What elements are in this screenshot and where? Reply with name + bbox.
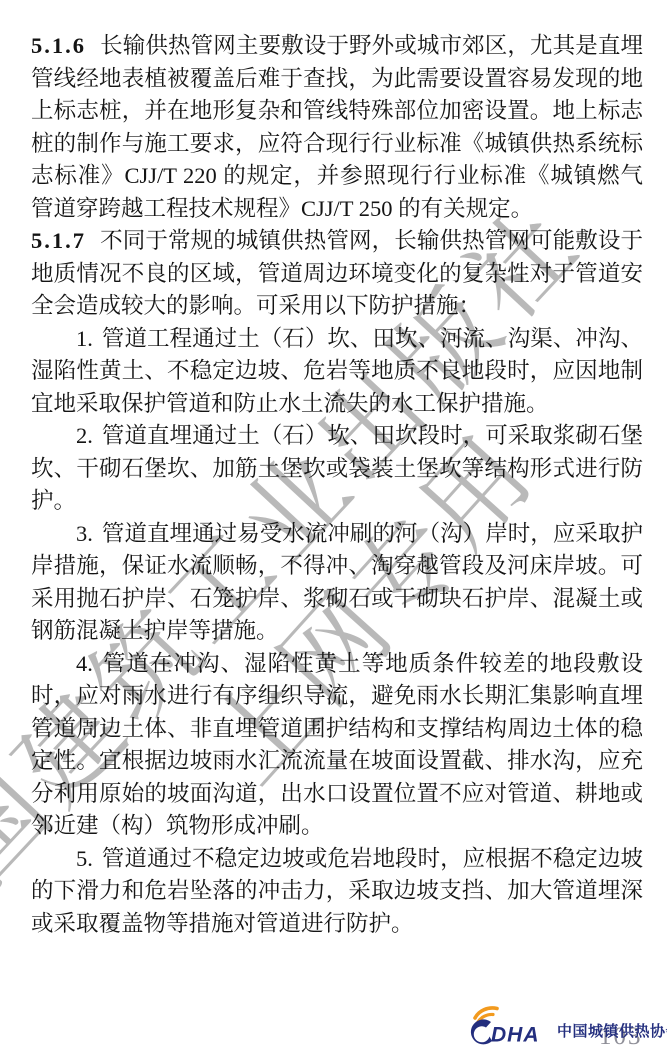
item-text: 管道在冲沟、湿陷性黄土等地质条件较差的地段敷设时，应对雨水进行有序组织导流，避免…: [31, 651, 643, 839]
clause-5-1-7-item-3: 3.管道直埋通过易受水流冲刷的河（沟）岸时，应采取护岸措施，保证水流顺畅，不得冲…: [31, 518, 643, 648]
item-number: 4.: [76, 651, 93, 676]
association-logo: DHA 中国城镇供热协会: [455, 1005, 667, 1051]
clause-5-1-7-item-1: 1.管道工程通过土（石）坎、田坎、河流、沟渠、冲沟、湿陷性黄土、不稳定边坡、危岩…: [31, 323, 643, 421]
association-name: 中国城镇供热协会: [557, 1024, 667, 1039]
clause-5-1-7-item-4: 4.管道在冲沟、湿陷性黄土等地质条件较差的地段敷设时，应对雨水进行有序组织导流，…: [31, 648, 643, 843]
clause-5-1-7-item-5: 5.管道通过不稳定边坡或危岩地段时，应根据不稳定边坡的下滑力和危岩坠落的冲击力，…: [31, 843, 643, 941]
item-text: 管道直埋通过土（石）坎、田坎段时，可采取浆砌石堡坎、干砌石堡坎、加筋土堡坎或袋装…: [31, 423, 643, 513]
clause-text: 不同于常规的城镇供热管网，长输供热管网可能敷设于地质情况不良的区域，管道周边环境…: [31, 228, 643, 318]
item-number: 3.: [76, 521, 93, 546]
cdha-logo-icon: DHA: [455, 1005, 551, 1051]
item-number: 5.: [76, 846, 93, 871]
item-text: 管道通过不稳定边坡或危岩地段时，应根据不稳定边坡的下滑力和危岩坠落的冲击力，采取…: [31, 846, 643, 936]
item-number: 2.: [76, 423, 93, 448]
clause-number: 5.1.6: [31, 33, 86, 58]
clause-number: 5.1.7: [31, 228, 86, 253]
logo-acronym-text: DHA: [491, 1024, 540, 1047]
clause-5-1-6: 5.1.6长输供热管网主要敷设于野外或城市郊区，尤其是直埋管线经地表植被覆盖后难…: [31, 30, 643, 225]
document-body: 5.1.6长输供热管网主要敷设于野外或城市郊区，尤其是直埋管线经地表植被覆盖后难…: [31, 30, 643, 940]
clause-5-1-7-item-2: 2.管道直埋通过土（石）坎、田坎段时，可采取浆砌石堡坎、干砌石堡坎、加筋土堡坎或…: [31, 420, 643, 518]
item-text: 管道工程通过土（石）坎、田坎、河流、沟渠、冲沟、湿陷性黄土、不稳定边坡、危岩等地…: [31, 326, 643, 416]
clause-5-1-7: 5.1.7不同于常规的城镇供热管网，长输供热管网可能敷设于地质情况不良的区域，管…: [31, 225, 643, 323]
item-text: 管道直埋通过易受水流冲刷的河（沟）岸时，应采取护岸措施，保证水流顺畅，不得冲、淘…: [31, 521, 643, 644]
item-number: 1.: [76, 326, 93, 351]
clause-text: 长输供热管网主要敷设于野外或城市郊区，尤其是直埋管线经地表植被覆盖后难于查找，为…: [31, 33, 643, 221]
scanned-document-page: 中国建筑工业出版社 上网专用 5.1.6长输供热管网主要敷设于野外或城市郊区，尤…: [0, 0, 667, 1058]
